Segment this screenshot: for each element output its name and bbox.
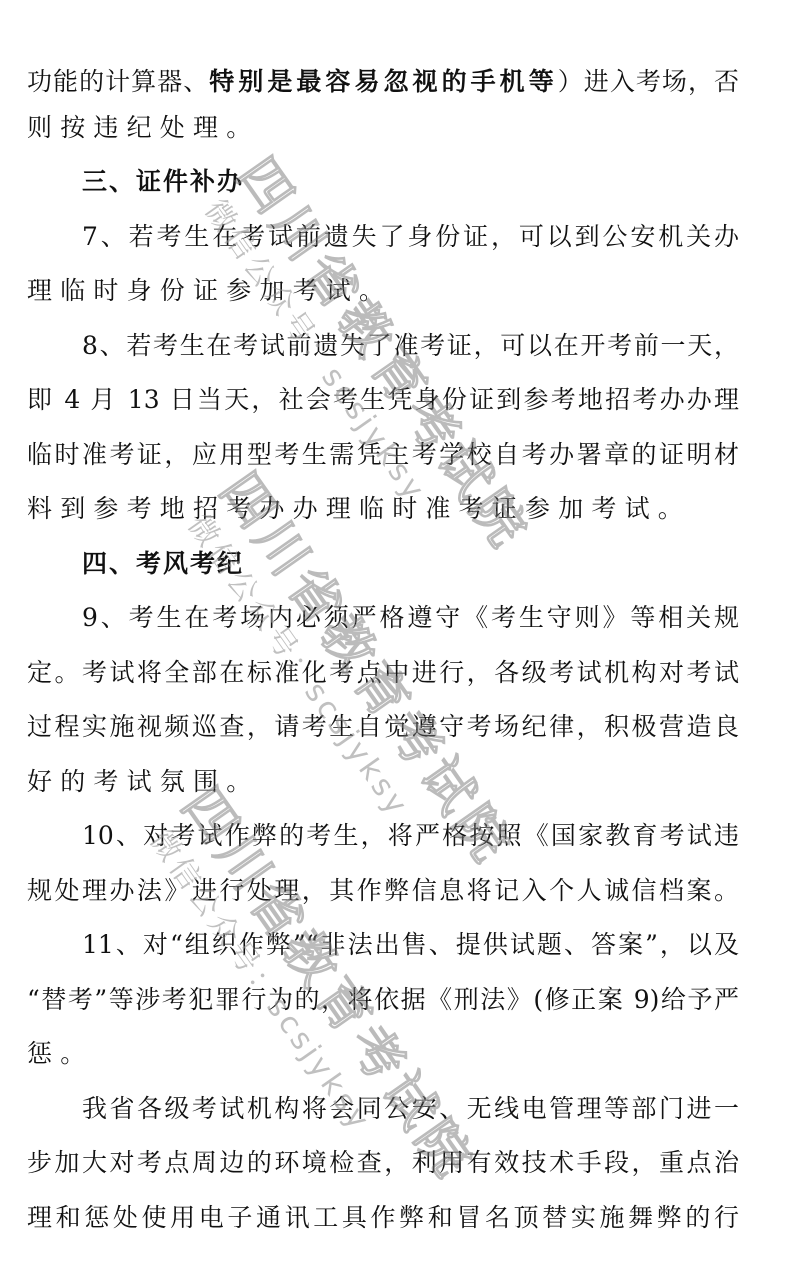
paragraph-line: 定。考试将全部在标准化考点中进行，各级考试机构对考试 (27, 658, 739, 688)
paragraph-line: 好的考试氛围。 (27, 767, 739, 797)
paragraph-line: 即 4 月 13 日当天，社会考生凭身份证到参考地招考办办理 (27, 385, 739, 415)
paragraph-line: 功能的计算器、特别是最容易忽视的手机等）进入考场，否 (27, 67, 739, 97)
paragraph-line: 10、对考试作弊的考生，将严格按照《国家教育考试违 (82, 821, 739, 851)
paragraph-line: 我省各级考试机构将会同公安、无线电管理等部门进一 (82, 1094, 739, 1124)
paragraph-line: 步加大对考点周边的环境检查，利用有效技术手段，重点治 (27, 1148, 739, 1178)
section-heading-discipline: 四、考风考纪 (82, 549, 794, 579)
paragraph-line: 规处理办法》进行处理，其作弊信息将记入个人诚信档案。 (27, 876, 739, 906)
paragraph-line: 理临时身份证参加考试。 (27, 276, 739, 306)
paragraph-line: 过程实施视频巡查，请考生自觉遵守考场纪律，积极营造良 (27, 712, 739, 742)
paragraph-line: 惩。 (27, 1039, 739, 1069)
section-heading-documents: 三、证件补办 (82, 167, 794, 197)
paragraph-line: 理和惩处使用电子通讯工具作弊和冒名顶替实施舞弊的行 (27, 1203, 739, 1233)
text-segment: 功能的计算器、 (27, 67, 209, 96)
paragraph-line: 8、若考生在考试前遗失了准考证，可以在开考前一天， (82, 331, 739, 361)
bold-emphasis: 特别是最容易忽视的手机等 (209, 67, 557, 96)
paragraph-line: 7、若考生在考试前遗失了身份证，可以到公安机关办 (82, 222, 739, 252)
paragraph-line: “替考”等涉考犯罪行为的，将依据《刑法》(修正案 9)给予严 (27, 985, 739, 1015)
paragraph-line: 则按违纪处理。 (27, 113, 739, 143)
text-segment: ）进入考场，否 (558, 67, 739, 96)
document-page: 功能的计算器、特别是最容易忽视的手机等）进入考场，否 则按违纪处理。 三、证件补… (0, 0, 800, 1288)
paragraph-line: 料到参考地招考办办理临时准考证参加考试。 (27, 494, 739, 524)
paragraph-line: 9、考生在考场内必须严格遵守《考生守则》等相关规 (82, 603, 739, 633)
paragraph-line: 11、对“组织作弊”“非法出售、提供试题、答案”，以及 (82, 930, 739, 960)
paragraph-line: 临时准考证，应用型考生需凭主考学校自考办署章的证明材 (27, 440, 739, 470)
